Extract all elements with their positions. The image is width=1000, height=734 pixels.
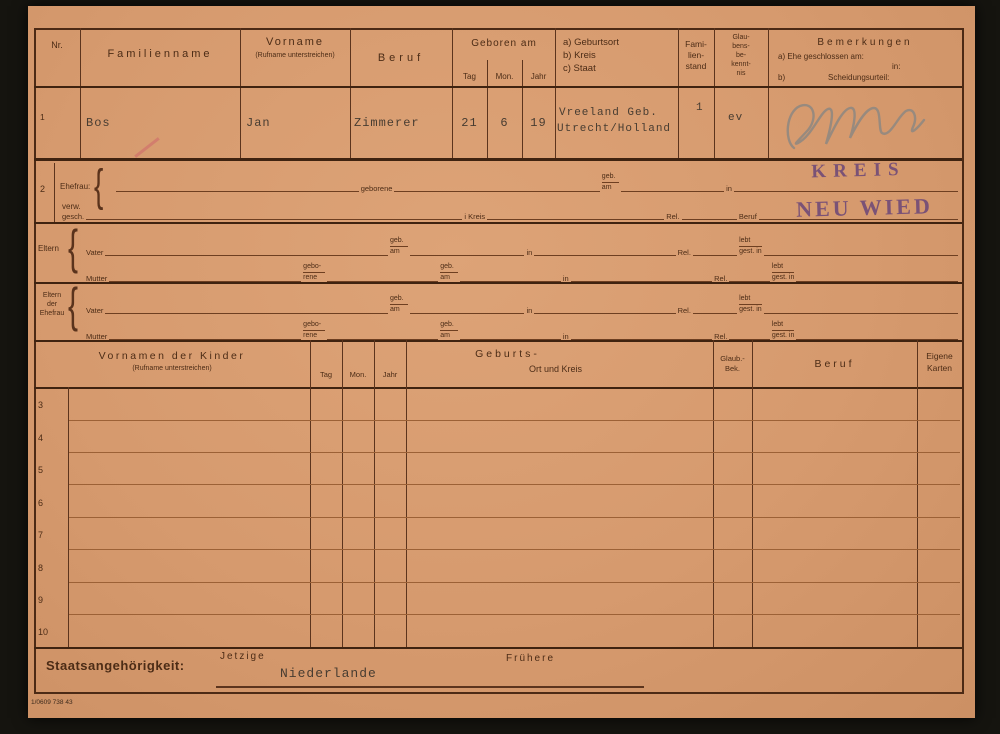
grid-line [452, 28, 453, 160]
label-lebt-gest: lebt gest. in [739, 294, 762, 314]
col-header-geburtsort-c: c) Staat [563, 63, 675, 74]
fill-line [109, 280, 301, 282]
col-header-glaube: nis [714, 70, 768, 77]
label-geb-am: geb. am [602, 172, 620, 192]
label-in: in [526, 249, 532, 257]
entry-geburtsort-2: Utrecht/Holland [557, 123, 671, 135]
label-vater: Vater [86, 307, 103, 315]
grid-line [350, 28, 351, 160]
grid-line [54, 163, 55, 222]
col-header-nr: Nr. [34, 40, 80, 50]
grid-line [342, 340, 343, 647]
label-in: in [563, 333, 569, 341]
row-separator [69, 517, 960, 518]
fill-line [764, 312, 958, 314]
col-header-geboren-am: Geboren am [462, 36, 546, 51]
entry-familienstand: 1 [696, 102, 704, 114]
fill-line [534, 254, 675, 256]
kinder-header-glaub: Glaub.- [713, 354, 752, 363]
grid-line [34, 340, 962, 342]
kinder-row-number: 8 [38, 563, 60, 573]
label-geborene: gebo- rene [303, 320, 325, 340]
bemerkungen-line-in: in: [892, 62, 900, 71]
grid-line [310, 340, 311, 647]
fill-line [796, 338, 958, 340]
grid-line [752, 340, 753, 647]
bemerkungen-line-scheidung: Scheidungsurteil: [828, 73, 889, 82]
col-header-tag: Tag [452, 72, 487, 81]
col-header-glaube: kennt- [714, 61, 768, 68]
fill-line [571, 338, 712, 340]
print-code: 1/0609 738 43 [31, 699, 73, 706]
grid-line [34, 387, 962, 389]
eltern-label: Eltern [38, 244, 59, 253]
col-header-vorname: Vorname [240, 36, 350, 48]
col-header-glaube: be- [714, 52, 768, 59]
kinder-header-glaub: Bek. [713, 364, 752, 373]
kinder-row-number: 7 [38, 530, 60, 540]
signature-handwriting [780, 96, 940, 164]
entry-glaube: ev [728, 112, 743, 124]
grid-line [34, 86, 962, 88]
col-header-familienstand: lien- [678, 50, 714, 60]
grid-line [34, 282, 962, 284]
eltern-ehefrau-vater-line: Vater geb. am in Rel. lebt gest. in [86, 290, 960, 314]
label-geborene: gebo- rene [303, 262, 325, 282]
row-separator [69, 582, 960, 583]
col-header-geburtsort-b: b) Kreis [563, 50, 675, 61]
row2-number: 2 [40, 184, 45, 194]
fill-line [460, 280, 561, 282]
fill-line [759, 218, 958, 220]
label-geb-am: geb. am [440, 262, 458, 282]
entry-familienname: Bos [86, 116, 111, 130]
col-header-familienstand: Fami- [678, 39, 714, 49]
entry-geboren-jahr: 19 [522, 116, 555, 130]
kinder-header-eigene: Eigene [917, 351, 962, 361]
row-separator [69, 420, 960, 421]
fill-line [729, 280, 769, 282]
kinder-row-number: 4 [38, 433, 60, 443]
fill-line [693, 312, 737, 314]
label-lebt-gest: lebt gest. in [739, 236, 762, 256]
eltern-vater-line: Vater geb. am in Rel. lebt gest. in [86, 232, 960, 256]
row-separator [69, 452, 960, 453]
label-geb-am: geb. am [390, 294, 408, 314]
fill-line [729, 338, 769, 340]
kinder-header-ort-und-kreis: Ort und Kreis [406, 364, 705, 374]
grid-line [713, 340, 714, 647]
kinder-row-number: 5 [38, 465, 60, 475]
label-geb-am: geb. am [390, 236, 408, 256]
fill-line [621, 190, 724, 192]
label-mutter: Mutter [86, 333, 107, 341]
col-header-glaube: bens- [714, 43, 768, 50]
col-header-jahr: Jahr [522, 72, 555, 81]
col-header-mon: Mon. [487, 72, 522, 81]
col-header-familienstand: stand [678, 61, 714, 71]
ehefrau-line-1: geborene geb. am in [114, 168, 960, 192]
jetzige-value: Niederlande [280, 666, 377, 681]
row1-number: 1 [40, 112, 45, 122]
label-in: in [726, 185, 732, 193]
fill-line [734, 190, 958, 192]
kinder-row-number: 10 [38, 627, 60, 637]
label-lebt-gest: lebt gest. in [772, 320, 795, 340]
label-i-kreis: i Kreis [464, 213, 485, 221]
kinder-header-geburts: Geburts- [310, 348, 705, 360]
col-header-beruf: Beruf [350, 52, 452, 64]
label-geborene: geborene [361, 185, 393, 193]
fill-line [796, 280, 958, 282]
col-header-bemerkungen: Bemerkungen [768, 37, 962, 48]
fill-line [109, 338, 301, 340]
fill-line [410, 254, 525, 256]
kinder-header-eigene: Karten [917, 363, 962, 373]
entry-vorname: Jan [246, 116, 271, 130]
label-in: in [526, 307, 532, 315]
eltern-ehefrau-mutter-line: Mutter gebo- rene geb. am in Rel. lebt g… [86, 316, 960, 340]
grid-line [406, 340, 407, 647]
fill-line [105, 254, 388, 256]
grid-line [917, 340, 918, 647]
col-header-glaube: Glau- [714, 34, 768, 41]
label-rel: Rel. [666, 213, 679, 221]
label-mutter: Mutter [86, 275, 107, 283]
label-rel: Rel. [678, 249, 691, 257]
kinder-row-number: 3 [38, 400, 60, 410]
grid-line [34, 647, 962, 649]
brace [68, 280, 78, 334]
col-header-vorname-sub: (Rufname unterstreichen) [250, 51, 340, 62]
grid-line [555, 28, 556, 160]
grid-line [374, 340, 375, 647]
eltern-mutter-line: Mutter gebo- rene geb. am in Rel. lebt g… [86, 258, 960, 282]
fill-line [327, 280, 438, 282]
kinder-header-tag: Tag [310, 370, 342, 379]
eltern-ehefrau-label: der [34, 301, 70, 308]
label-vater: Vater [86, 249, 103, 257]
kinder-header-beruf: Beruf [752, 358, 917, 370]
label-in: in [563, 275, 569, 283]
fill-line [534, 312, 675, 314]
grid-line [34, 222, 962, 224]
bemerkungen-line-b: b) [778, 73, 785, 82]
fill-line [327, 338, 438, 340]
fill-line [487, 218, 664, 220]
bemerkungen-line-a: a) Ehe geschlossen am: [778, 52, 864, 61]
eltern-ehefrau-label: Ehefrau [34, 310, 70, 317]
label-rel: Rel. [714, 275, 727, 283]
fill-line [460, 338, 561, 340]
fill-line [764, 254, 958, 256]
fill-line [216, 686, 644, 688]
label-rel: Rel. [678, 307, 691, 315]
row-separator [69, 549, 960, 550]
col-header-familienname: Familienname [80, 48, 240, 60]
brace [68, 222, 78, 276]
kinder-header-jahr: Jahr [374, 370, 406, 379]
registration-card: Nr. Familienname Vorname (Rufname unters… [28, 6, 975, 718]
fill-line [86, 218, 462, 220]
kinder-row-number: 9 [38, 595, 60, 605]
label-geb-am: geb. am [440, 320, 458, 340]
fill-line [693, 254, 737, 256]
fill-line [571, 280, 712, 282]
entry-geboren-mon: 6 [487, 116, 522, 130]
label-rel: Rel. [714, 333, 727, 341]
entry-beruf: Zimmerer [354, 116, 420, 130]
fill-line [410, 312, 525, 314]
label-gesch: gesch. [62, 213, 84, 221]
fill-line [105, 312, 388, 314]
col-header-geburtsort-a: a) Geburtsort [563, 37, 675, 48]
row-separator [69, 614, 960, 615]
label-beruf: Beruf [739, 213, 757, 221]
ehefrau-line-2: gesch. i Kreis Rel. Beruf [62, 198, 960, 220]
entry-geboren-tag: 21 [452, 116, 487, 130]
fruehere-label: Frühere [506, 653, 555, 664]
fill-line [682, 218, 737, 220]
jetzige-label: Jetzige [220, 651, 266, 662]
label-lebt-gest: lebt gest. in [772, 262, 795, 282]
kinder-row-number: 6 [38, 498, 60, 508]
kinder-header-mon: Mon. [342, 370, 374, 379]
ehefrau-label: Ehefrau: [60, 182, 90, 191]
kinder-header-vornamen-sub: (Rufname unterstreichen) [34, 365, 310, 372]
staatsangehoerigkeit-label: Staatsangehörigkeit: [46, 658, 185, 673]
kinder-header-vornamen: Vornamen der Kinder [34, 350, 310, 362]
eltern-ehefrau-label: Eltern [34, 292, 70, 299]
entry-geburtsort-1: Vreeland Geb. [559, 107, 658, 119]
row-separator [69, 484, 960, 485]
fill-line [394, 190, 599, 192]
fill-line [116, 190, 359, 192]
